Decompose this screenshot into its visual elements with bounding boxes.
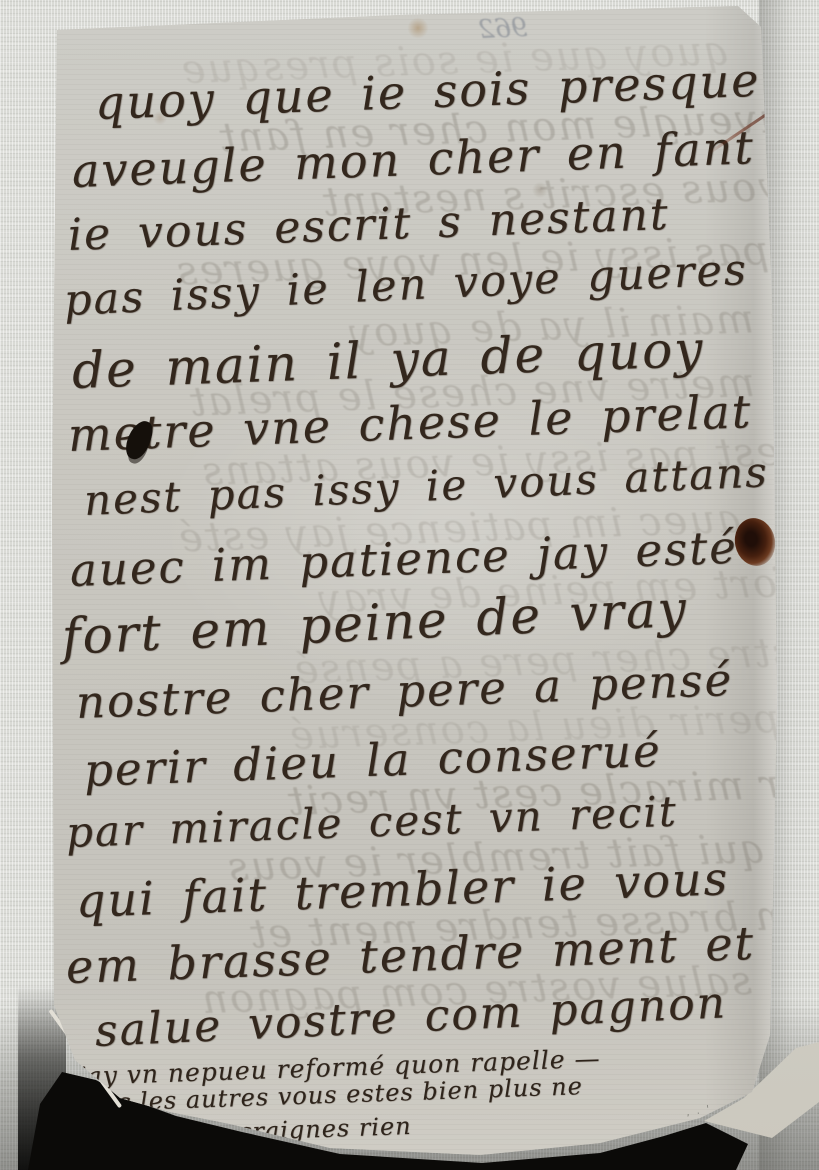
show-through-page-number: 962 bbox=[477, 15, 528, 44]
manuscript-photograph: quoy que ie sois presqueaveugle mon cher… bbox=[0, 0, 819, 1170]
letter-page: quoy que ie sois presqueaveugle mon cher… bbox=[0, 0, 819, 1170]
